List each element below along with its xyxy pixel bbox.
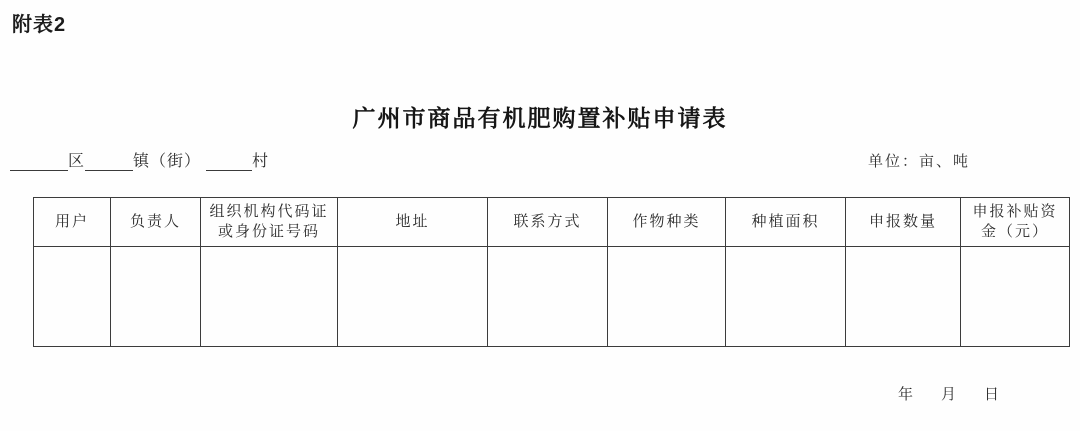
unit-note: 单位：亩、吨 xyxy=(868,150,970,171)
table-header-cell: 申报数量 xyxy=(846,198,961,247)
table-cell xyxy=(846,247,961,347)
location-line: 区镇（街）村 xyxy=(10,148,269,171)
table-row xyxy=(34,247,1070,347)
application-table: 用户 负责人 组织机构代码证 或身份证号码 地址 联系方式 作物种类 种植面积 … xyxy=(33,197,1070,347)
table-header-cell: 申报补贴资 金（元） xyxy=(961,198,1070,247)
form-title: 广州市商品有机肥购置补贴申请表 xyxy=(0,100,1080,133)
table-header-cell: 种植面积 xyxy=(726,198,846,247)
table-cell xyxy=(726,247,846,347)
table-cell xyxy=(488,247,608,347)
day-label: 日 xyxy=(984,387,999,403)
table-header-cell: 用户 xyxy=(34,198,111,247)
district-label: 区 xyxy=(68,153,85,170)
table-header-cell: 联系方式 xyxy=(488,198,608,247)
table-header-cell: 负责人 xyxy=(111,198,201,247)
village-label: 村 xyxy=(252,153,269,170)
table-cell xyxy=(338,247,488,347)
table-header-cell: 作物种类 xyxy=(608,198,726,247)
document-page: 附表2 广州市商品有机肥购置补贴申请表 区镇（街）村 单位：亩、吨 用户 负责人… xyxy=(0,0,1080,431)
table-cell xyxy=(608,247,726,347)
annex-label: 附表2 xyxy=(12,8,66,37)
month-label: 月 xyxy=(941,387,956,403)
date-line: 年月日 xyxy=(898,383,999,404)
year-label: 年 xyxy=(898,387,913,403)
table-header-cell: 组织机构代码证 或身份证号码 xyxy=(201,198,338,247)
table-header-row: 用户 负责人 组织机构代码证 或身份证号码 地址 联系方式 作物种类 种植面积 … xyxy=(34,198,1070,247)
table-cell xyxy=(201,247,338,347)
blank-line xyxy=(85,153,133,171)
town-label: 镇（街） xyxy=(133,153,201,170)
table-header-cell: 地址 xyxy=(338,198,488,247)
table-cell xyxy=(961,247,1070,347)
table-cell xyxy=(34,247,111,347)
blank-line xyxy=(206,153,252,171)
blank-line xyxy=(10,153,68,171)
table-cell xyxy=(111,247,201,347)
